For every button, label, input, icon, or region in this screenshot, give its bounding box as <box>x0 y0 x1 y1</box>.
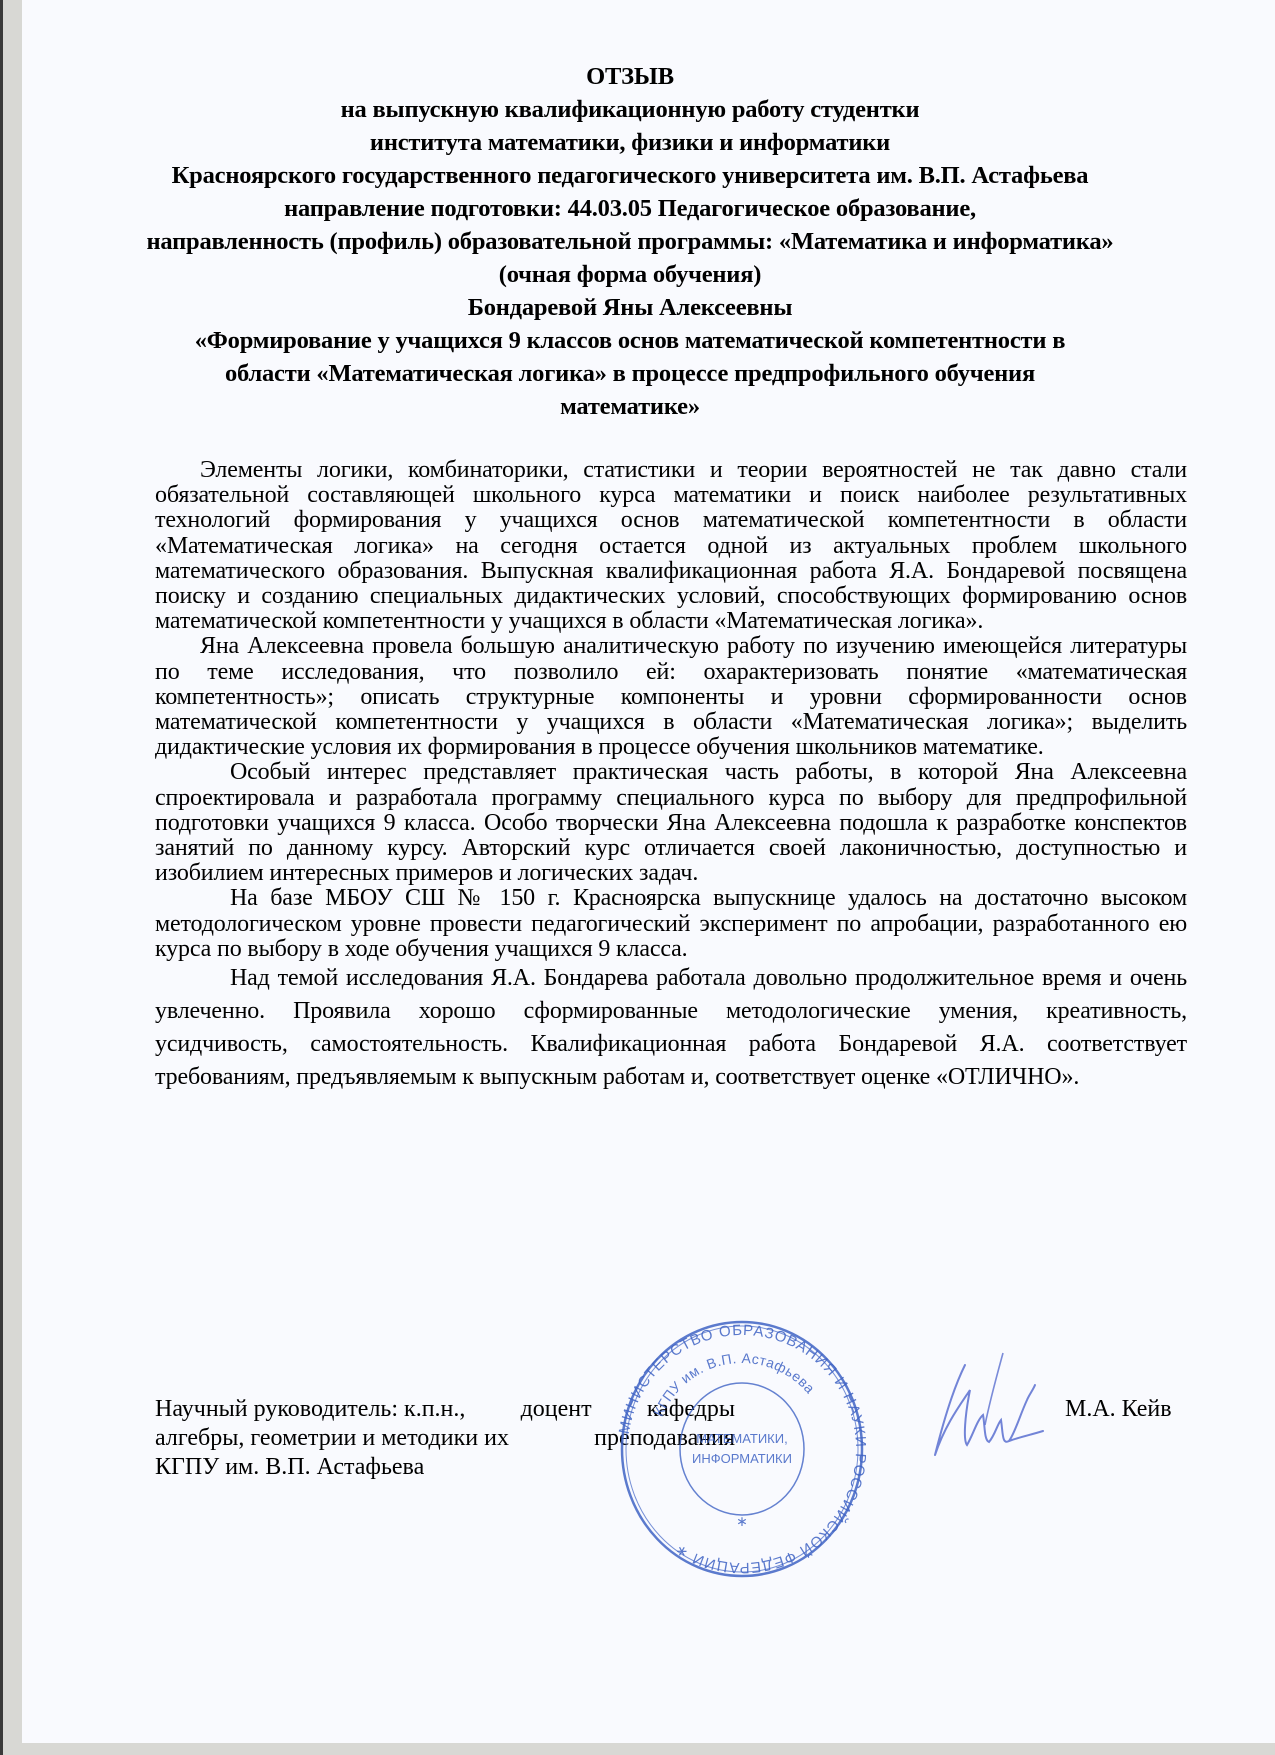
header-line: на выпускную квалификационную работу сту… <box>80 93 1180 126</box>
paragraph: Особый интерес представляет практическая… <box>155 760 1187 886</box>
student-name: Бондаревой Яны Алексеевны <box>80 291 1180 324</box>
svg-text:МАТЕМАТИКИ,: МАТЕМАТИКИ, <box>696 1431 787 1446</box>
svg-text:ИНФОРМАТИКИ: ИНФОРМАТИКИ <box>692 1451 792 1466</box>
header-line: института математики, физики и информати… <box>80 126 1180 159</box>
review-body: Элементы логики, комбинаторики, статисти… <box>155 458 1187 1094</box>
paragraph: Яна Алексеевна провела большую аналитиче… <box>155 634 1187 760</box>
paragraph: На базе МБОУ СШ № 150 г. Красноярска вып… <box>155 886 1187 962</box>
signer-name: М.А. Кейв <box>1065 1395 1172 1424</box>
supervisor-role: Научный руководитель: к.п.н., <box>155 1395 465 1424</box>
header-line: Красноярского государственного педагогич… <box>80 159 1180 192</box>
handwritten-signature-icon <box>905 1345 1045 1465</box>
department-name: алгебры, геометрии и методики их <box>155 1424 509 1453</box>
paragraph: Элементы логики, комбинаторики, статисти… <box>155 458 1187 634</box>
thesis-title-line: области «Математическая логика» в процес… <box>80 357 1180 390</box>
paragraph: Над темой исследования Я.А. Бондарева ра… <box>155 962 1187 1094</box>
scanner-bottom-edge <box>22 1743 1275 1755</box>
document-header: ОТЗЫВ на выпускную квалификационную рабо… <box>80 60 1180 423</box>
thesis-title-line: математике» <box>80 390 1180 423</box>
document-title: ОТЗЫВ <box>80 60 1180 93</box>
header-line: направленность (профиль) образовательной… <box>80 225 1180 258</box>
header-line: направление подготовки: 44.03.05 Педагог… <box>80 192 1180 225</box>
supervisor-position: доцент <box>521 1395 592 1424</box>
official-stamp-icon: МИНИСТЕРСТВО ОБРАЗОВАНИЯ И НАУКИ РОССИЙС… <box>618 1318 866 1580</box>
header-line: (очная форма обучения) <box>80 258 1180 291</box>
svg-text:∗: ∗ <box>736 1513 748 1529</box>
thesis-title-line: «Формирование у учащихся 9 классов основ… <box>80 324 1180 357</box>
